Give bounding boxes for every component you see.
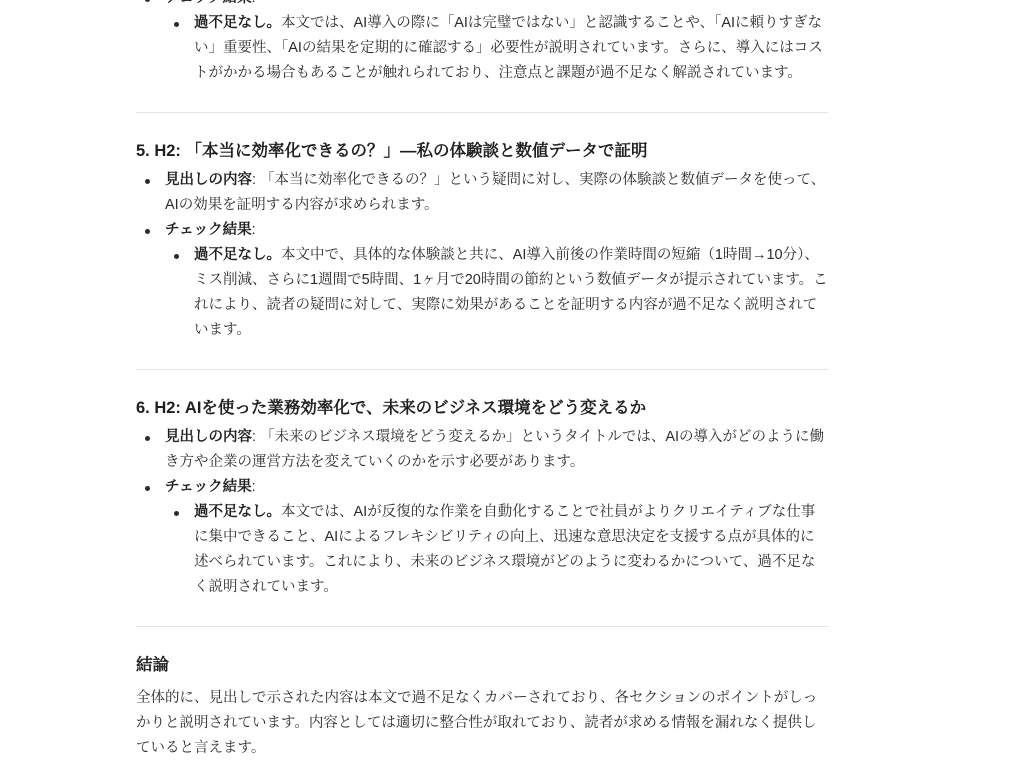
bullet-icon	[145, 0, 150, 2]
bullet-icon	[174, 511, 179, 516]
heading-content-label: 見出しの内容	[165, 172, 252, 188]
heading-content-text: 「本当に効率化できるの？」という疑問に対し、実際の体験談と数値データを使って、A…	[165, 172, 825, 213]
check-result-label: チェック結果	[165, 222, 252, 238]
heading-content-text: 「未来のビジネス環境をどう変えるか」というタイトルでは、AIの導入がどのように働…	[165, 429, 824, 470]
conclusion-heading: 結論	[136, 652, 828, 678]
check-result-item: チェック結果: 過不足なし。本文中で、具体的な体験談と共に、AI導入前後の作業時…	[136, 218, 828, 343]
bullet-icon	[174, 254, 179, 259]
colon: :	[252, 429, 256, 445]
section-6-heading: 6. H2: AIを使った業務効率化で、未来のビジネス環境をどう変えるか	[136, 395, 828, 421]
bullet-icon	[145, 486, 150, 491]
result-text: 本文では、AI導入の際に「AIは完璧ではない」と認識することや、「AIに頼りすぎ…	[194, 15, 823, 81]
result-item: 過不足なし。本文中で、具体的な体験談と共に、AI導入前後の作業時間の短縮（1時間…	[165, 243, 828, 343]
section-6-list: 見出しの内容: 「未来のビジネス環境をどう変えるか」というタイトルでは、AIの導…	[136, 425, 828, 600]
bullet-icon	[174, 22, 179, 27]
heading-content-item: 見出しの内容: 「本当に効率化できるの？」という疑問に対し、実際の体験談と数値デ…	[136, 168, 828, 218]
heading-content-label: 見出しの内容	[165, 429, 252, 445]
check-result-sublist: 過不足なし。本文では、AI導入の際に「AIは完璧ではない」と認識することや、「A…	[165, 11, 828, 86]
result-verdict: 過不足なし。	[194, 247, 281, 263]
conclusion-text: 全体的に、見出しで示された内容は本文で過不足なくカバーされており、各セクションの…	[136, 686, 828, 761]
colon: :	[252, 0, 256, 6]
result-verdict: 過不足なし。	[194, 504, 281, 520]
colon: :	[252, 172, 256, 188]
result-verdict: 過不足なし。	[194, 15, 281, 31]
bullet-icon	[145, 229, 150, 234]
section-5-list: 見出しの内容: 「本当に効率化できるの？」という疑問に対し、実際の体験談と数値デ…	[136, 168, 828, 343]
bullet-icon	[145, 179, 150, 184]
check-result-label: チェック結果	[165, 479, 252, 495]
check-result-sublist: 過不足なし。本文では、AIが反復的な作業を自動化することで社員がよりクリエイティ…	[165, 500, 828, 600]
result-item: 過不足なし。本文では、AIが反復的な作業を自動化することで社員がよりクリエイティ…	[165, 500, 828, 600]
colon: :	[252, 222, 256, 238]
colon: :	[252, 479, 256, 495]
check-result-item: チェック結果: 過不足なし。本文では、AI導入の際に「AIは完璧ではない」と認識…	[136, 0, 828, 86]
section-5-heading: 5. H2: 「本当に効率化できるの？」—私の体験談と数値データで証明	[136, 138, 828, 164]
section-4-list: チェック結果: 過不足なし。本文では、AI導入の際に「AIは完璧ではない」と認識…	[136, 0, 828, 86]
check-result-item: チェック結果: 過不足なし。本文では、AIが反復的な作業を自動化することで社員が…	[136, 475, 828, 600]
check-result-sublist: 過不足なし。本文中で、具体的な体験談と共に、AI導入前後の作業時間の短縮（1時間…	[165, 243, 828, 343]
result-item: 過不足なし。本文では、AI導入の際に「AIは完璧ではない」と認識することや、「A…	[165, 11, 828, 86]
result-text: 本文では、AIが反復的な作業を自動化することで社員がよりクリエイティブな仕事に集…	[194, 504, 815, 595]
check-result-label: チェック結果	[165, 0, 252, 6]
document-body: チェック結果: 過不足なし。本文では、AI導入の際に「AIは完璧ではない」と認識…	[136, 0, 828, 761]
result-text: 本文中で、具体的な体験談と共に、AI導入前後の作業時間の短縮（1時間→10分）、…	[194, 247, 828, 338]
bullet-icon	[145, 436, 150, 441]
heading-content-item: 見出しの内容: 「未来のビジネス環境をどう変えるか」というタイトルでは、AIの導…	[136, 425, 828, 475]
